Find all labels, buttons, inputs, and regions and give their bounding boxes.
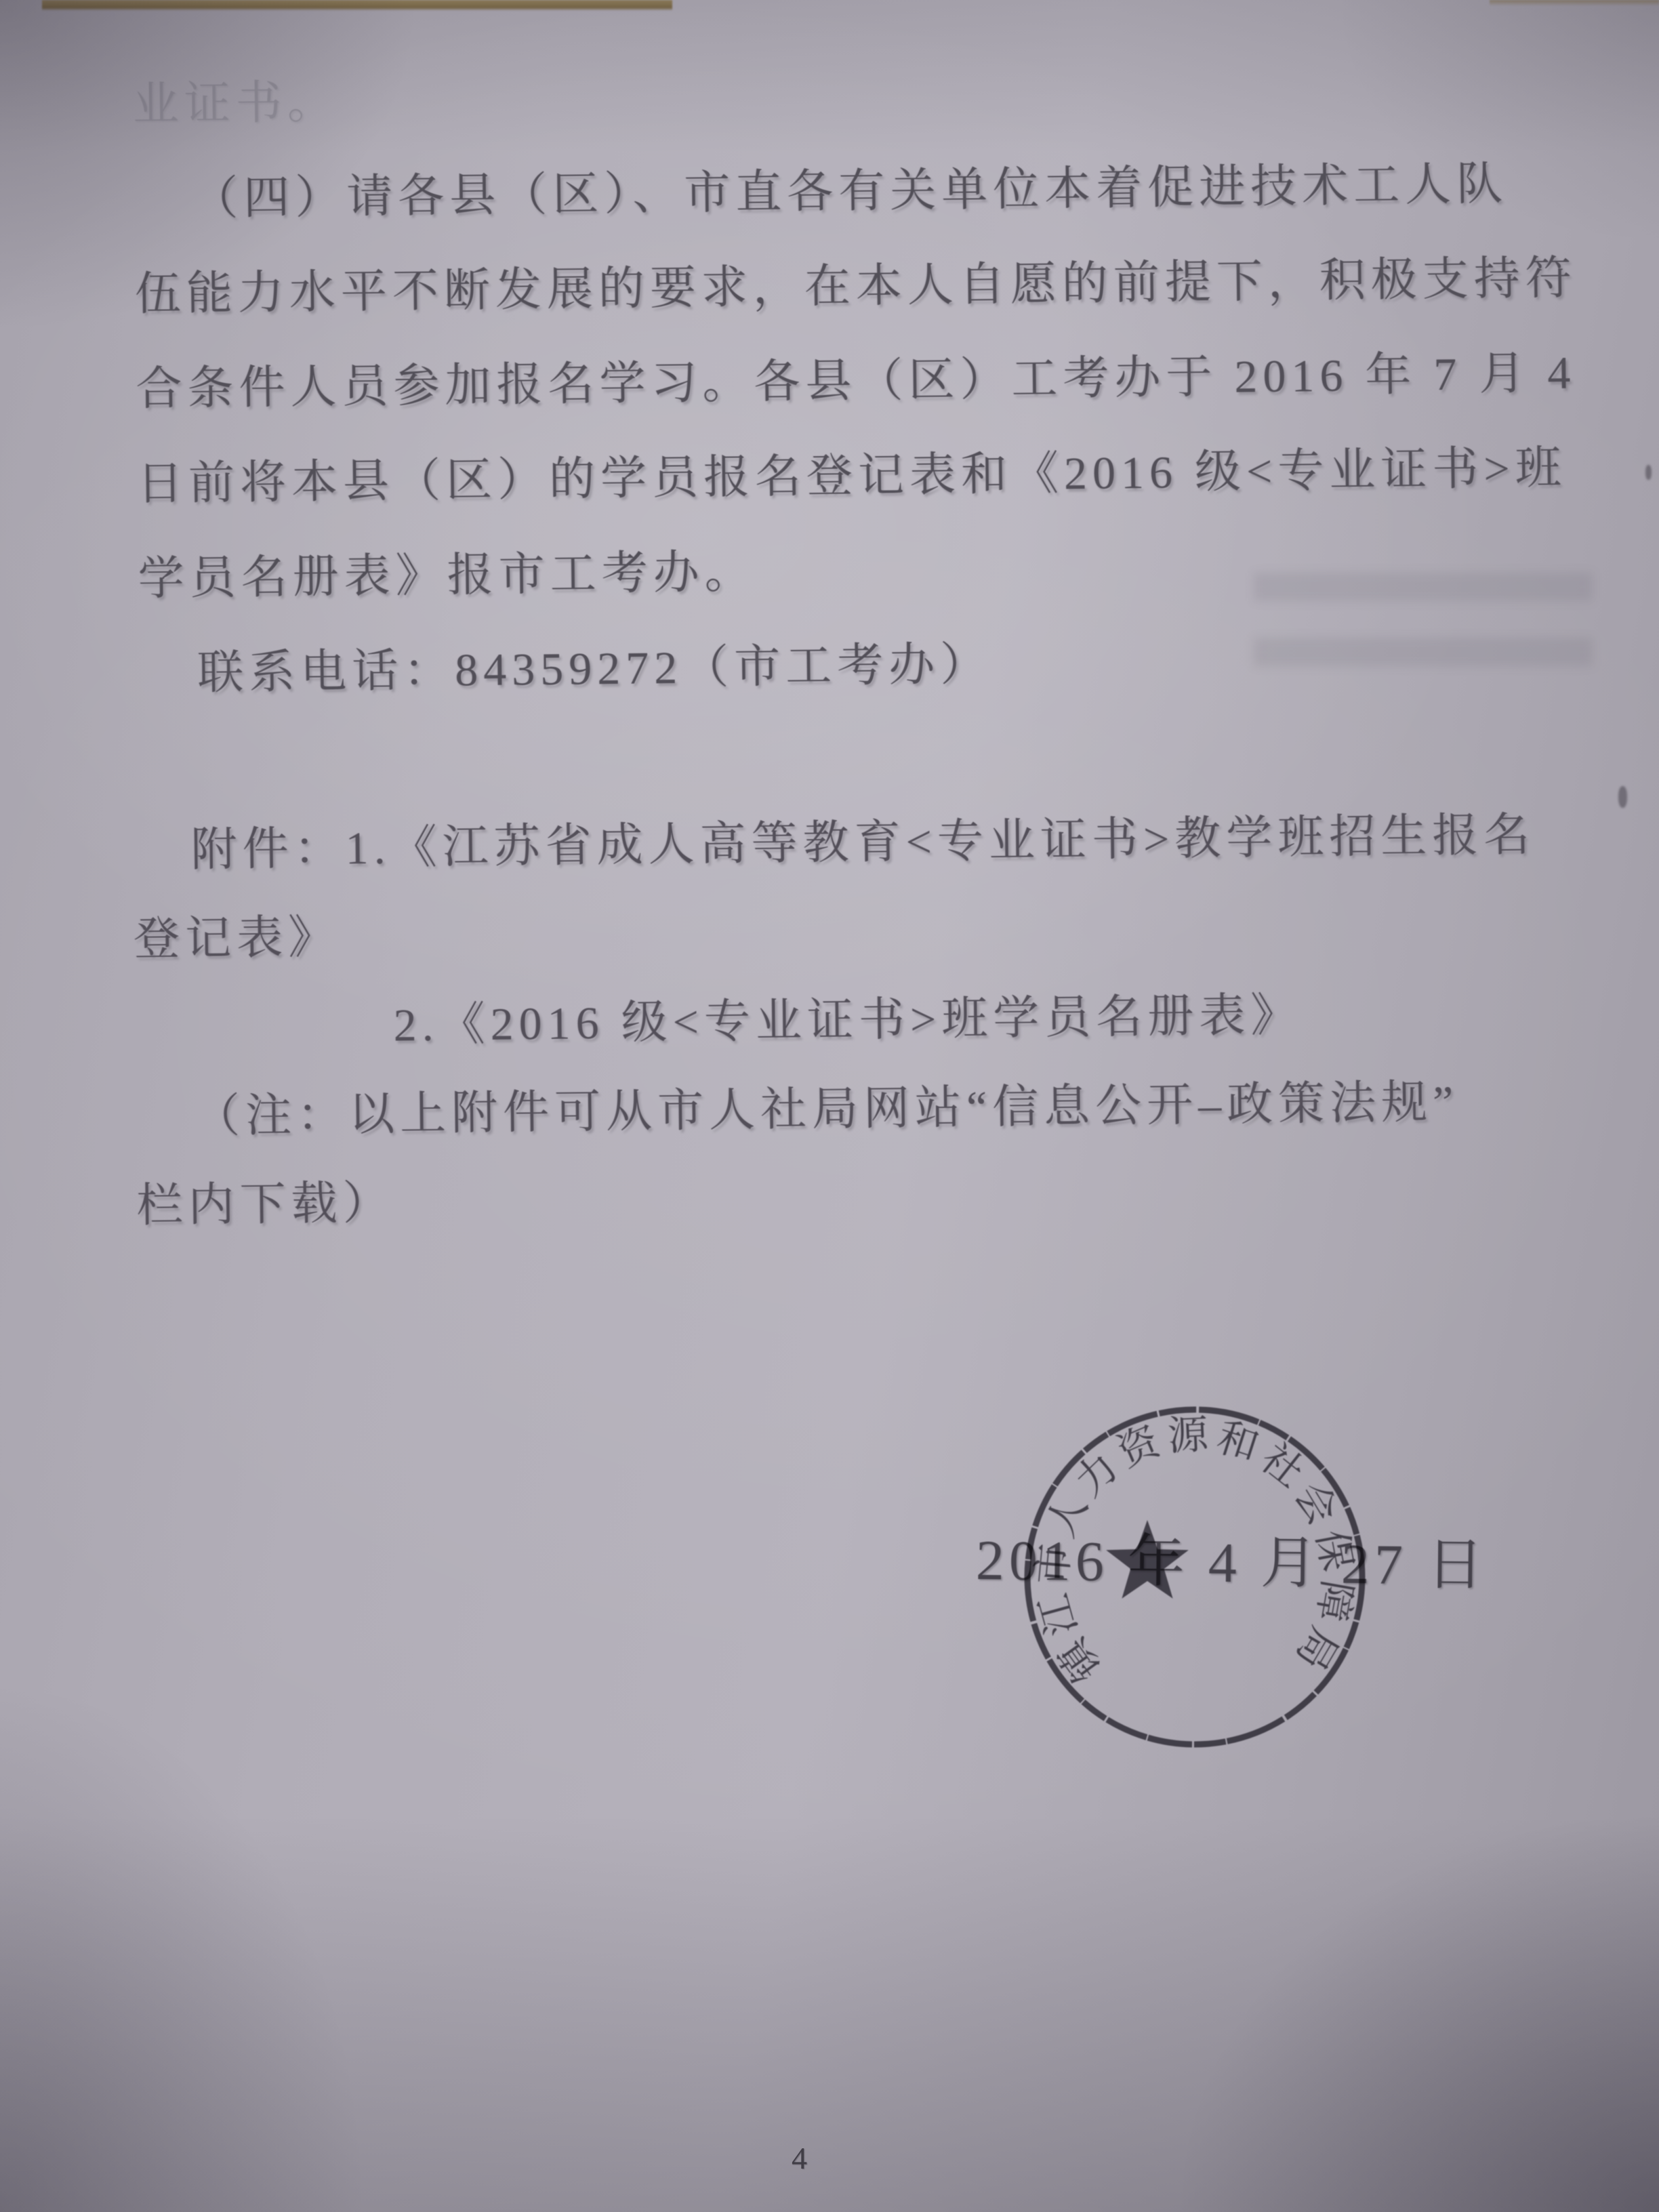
body-line: 日前将本县（区）的学员报名登记表和《2016 级<专业证书>班 bbox=[136, 419, 1607, 531]
document-photo: 业证书。 （四）请各县（区）、市直各有关单位本着促进技术工人队 伍能力水平不断发… bbox=[0, 0, 1659, 2212]
desk-edge-strip bbox=[42, 0, 672, 11]
seal-ring bbox=[1027, 1410, 1362, 1744]
body-line: 学员名册表》报市工考办。 bbox=[138, 514, 1609, 626]
body-line: 业证书。 bbox=[132, 40, 1603, 152]
page-number: 4 bbox=[792, 2140, 808, 2176]
body-line: （四）请各县（区）、市直各有关单位本着促进技术工人队 bbox=[134, 135, 1605, 247]
star-icon bbox=[1106, 1520, 1189, 1599]
attachment-line: 2.《2016 级<专业证书>班学员名册表》 bbox=[134, 967, 1626, 1073]
desk-edge-strip-right bbox=[1490, 0, 1659, 6]
body-line: 伍能力水平不断发展的要求，在本人自愿的前提下，积极支持符 bbox=[134, 230, 1605, 342]
body-line: 合条件人员参加报名学习。各县（区）工考办于 2016 年 7 月 4 bbox=[136, 325, 1607, 436]
official-seal: 镇江市人力资源和社会保障局 bbox=[1015, 1397, 1374, 1757]
contact-phone-line: 联系电话：84359272（市工考办） bbox=[139, 609, 1610, 721]
attachment-line: 登记表》 bbox=[133, 878, 1624, 984]
attachment-note-line: （注：以上附件可从市人社局网站“信息公开–政策法规” bbox=[135, 1056, 1626, 1162]
attachment-line: 附件：1.《江苏省成人高等教育<专业证书>教学班招生报名 bbox=[132, 790, 1624, 895]
attachment-section: 附件：1.《江苏省成人高等教育<专业证书>教学班招生报名 登记表》 2.《201… bbox=[132, 790, 1628, 1250]
photo-artifact bbox=[1645, 465, 1652, 480]
body-paragraphs: 业证书。 （四）请各县（区）、市直各有关单位本着促进技术工人队 伍能力水平不断发… bbox=[132, 40, 1610, 721]
attachment-note-line: 栏内下载） bbox=[136, 1145, 1628, 1250]
